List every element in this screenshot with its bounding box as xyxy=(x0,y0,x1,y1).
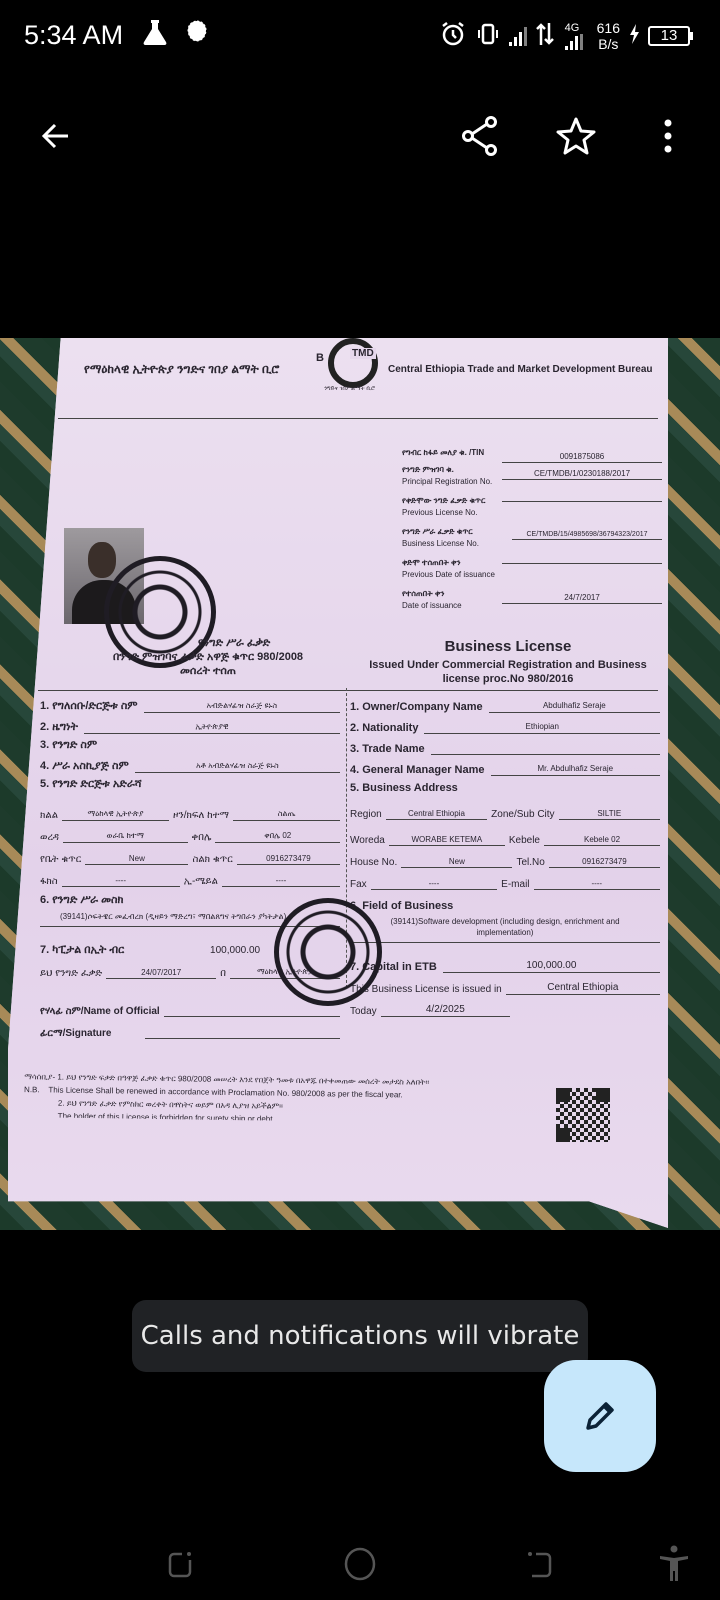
field-row: 1. Owner/Company NameAbdulhafiz Seraje xyxy=(350,692,660,713)
footnote: ማሳሰቢያ- 1. ይህ የንግድ ፍቃድ በዓዋጅ ፈቃድ ቁጥር 980/2… xyxy=(24,1070,585,1125)
bureau-logo: B TMD ንግድና ገበያ ልማት ቢሮ xyxy=(316,338,386,396)
charging-bolt-icon xyxy=(628,23,640,50)
recents-icon xyxy=(164,1548,196,1580)
registration-block: የግብር ከፋይ መለያ ቁ. /TIN 0091875086 የንግድ ምዝገ… xyxy=(402,448,662,620)
share-button[interactable] xyxy=(452,108,508,164)
edit-fab[interactable] xyxy=(544,1360,656,1472)
registration-row: የተሰጠበት ቀን Date of issuance 24/7/2017 xyxy=(402,589,662,620)
system-back-button[interactable] xyxy=(518,1542,562,1586)
toast-message: Calls and notifications will vibrate xyxy=(141,1321,580,1351)
address-row: House No.NewTel.No0916273479 xyxy=(350,846,660,868)
issued-on-row: Today4/2/2025 xyxy=(350,995,510,1017)
address-row: Fax----E-mail---- xyxy=(350,868,660,890)
field-row: 5. የንግድ ድርጅቱ አድራሻ xyxy=(40,773,340,791)
field-row: 3. Trade Name xyxy=(350,734,660,755)
flask-icon xyxy=(142,18,168,55)
alarm-icon xyxy=(439,20,467,53)
license-title: Business License xyxy=(358,638,658,655)
status-time: 5:34 AM xyxy=(24,20,123,51)
pencil-edit-icon xyxy=(580,1396,620,1436)
recents-button[interactable] xyxy=(158,1542,202,1586)
star-icon xyxy=(556,116,596,156)
license-subtitle: Issued Under Commercial Registration and… xyxy=(358,658,658,686)
back-button[interactable] xyxy=(28,108,84,164)
arrow-left-icon xyxy=(38,118,74,154)
top-app-bar xyxy=(0,96,720,176)
bureau-name-english: Central Ethiopia Trade and Market Develo… xyxy=(388,364,653,375)
field-row: 6. የንግድ ሥራ መስክ xyxy=(40,887,340,907)
title-divider xyxy=(38,690,658,691)
registration-row: የንግድ ምዝገባ ቁ. Principal Registration No. … xyxy=(402,465,662,496)
issued-in-row: This Business License is issued inCentra… xyxy=(350,973,660,995)
qr-code xyxy=(556,1088,610,1142)
field-row: 4. ሥራ አስኪያጅ ስምአቶ አብድልሃፊዝ ስራጅ ዩኑስ xyxy=(40,752,340,773)
signature-row: ፊርማ/Signature xyxy=(40,1017,340,1039)
favorite-button[interactable] xyxy=(548,108,604,164)
address-row: ፋክስ----ኢ-ሜይል---- xyxy=(40,865,340,887)
document-photo[interactable]: የማዕከላዊ ኢትዮጵያ ንግድና ገበያ ልማት ቢሮ B TMD ንግድና … xyxy=(0,338,720,1230)
network-speed: 616 B/s xyxy=(597,20,620,52)
back-icon xyxy=(524,1548,556,1580)
field-row: 1. የግለሰቡ/ድርጅቱ ስምአብድልሃፊዝ ስራጅ ዩኑስ xyxy=(40,692,340,713)
registration-row: የቀድሞው ንግድ ፈቃድ ቁጥር Previous License No. xyxy=(402,496,662,527)
blob-notification-icon xyxy=(184,18,210,53)
header-divider xyxy=(58,418,658,419)
field-row: 6. Field of Business xyxy=(350,890,660,912)
logo-circle xyxy=(328,338,378,388)
home-button[interactable] xyxy=(338,1542,382,1586)
signal-icon xyxy=(509,26,527,46)
vibrate-toast: Calls and notifications will vibrate xyxy=(132,1300,588,1372)
address-row: ክልልማዕከላዊ ኢትዮጵያዞን/ክፍለ ከተማስልጤ xyxy=(40,791,340,821)
bureau-name-amharic: የማዕከላዊ ኢትዮጵያ ንግድና ገበያ ልማት ቢሮ xyxy=(84,362,279,377)
vibrate-icon xyxy=(475,21,501,52)
address-row: RegionCentral EthiopiaZone/Sub CitySILTI… xyxy=(350,794,660,820)
share-icon xyxy=(460,114,500,158)
field-row: 7. Capital in ETB100,000.00 xyxy=(350,943,660,973)
registration-row: የንግድ ሥራ ፈቃድ ቁጥር Business License No. CE/… xyxy=(402,527,662,558)
registration-row: ቀድሞ ተሰጠበት ቀን Previous Date of issuance xyxy=(402,558,662,589)
english-column: 1. Owner/Company NameAbdulhafiz Seraje 2… xyxy=(350,692,660,1017)
field-row: 2. NationalityEthiopian xyxy=(350,713,660,734)
field-row: 4. General Manager NameMr. Abdulhafiz Se… xyxy=(350,755,660,776)
official-stamp-2 xyxy=(274,898,382,1006)
signal-4g-icon: 4G xyxy=(563,20,589,52)
status-icons: 4G 616 B/s 13 xyxy=(439,16,690,56)
more-vert-icon xyxy=(662,118,674,154)
field-row: 2. ዜግነትኢትዮጵያዊ xyxy=(40,713,340,734)
license-title-amharic: የንግድ ሥራ ፈቃድ በንግድ ምዝገባና ፈቃድ አዋጅ ቁጥር 980/2… xyxy=(78,636,338,678)
data-arrows-icon xyxy=(535,21,555,52)
more-options-button[interactable] xyxy=(640,108,696,164)
official-name-row: የሃላፊ ስም/Name of Official xyxy=(40,995,340,1017)
address-row: የቤት ቁጥርNewስልክ ቁጥር0916273479 xyxy=(40,843,340,865)
field-row: 3. የንግድ ስም xyxy=(40,734,340,752)
accessibility-button[interactable] xyxy=(652,1542,696,1586)
battery-indicator: 13 xyxy=(648,26,690,46)
business-license-paper: የማዕከላዊ ኢትዮጵያ ንግድና ገበያ ልማት ቢሮ B TMD ንግድና … xyxy=(8,338,668,1228)
address-row: ወረዳወራቤ ከተማቀበሌቀበሌ 02 xyxy=(40,821,340,843)
field-row: 5. Business Address xyxy=(350,776,660,794)
status-bar: 5:34 AM 4G 616 B/s 13 xyxy=(0,0,720,72)
navigation-bar xyxy=(0,1520,720,1600)
address-row: WoredaWORABE KETEMAKebeleKebele 02 xyxy=(350,820,660,846)
home-icon xyxy=(342,1546,378,1582)
accessibility-icon xyxy=(658,1544,690,1584)
